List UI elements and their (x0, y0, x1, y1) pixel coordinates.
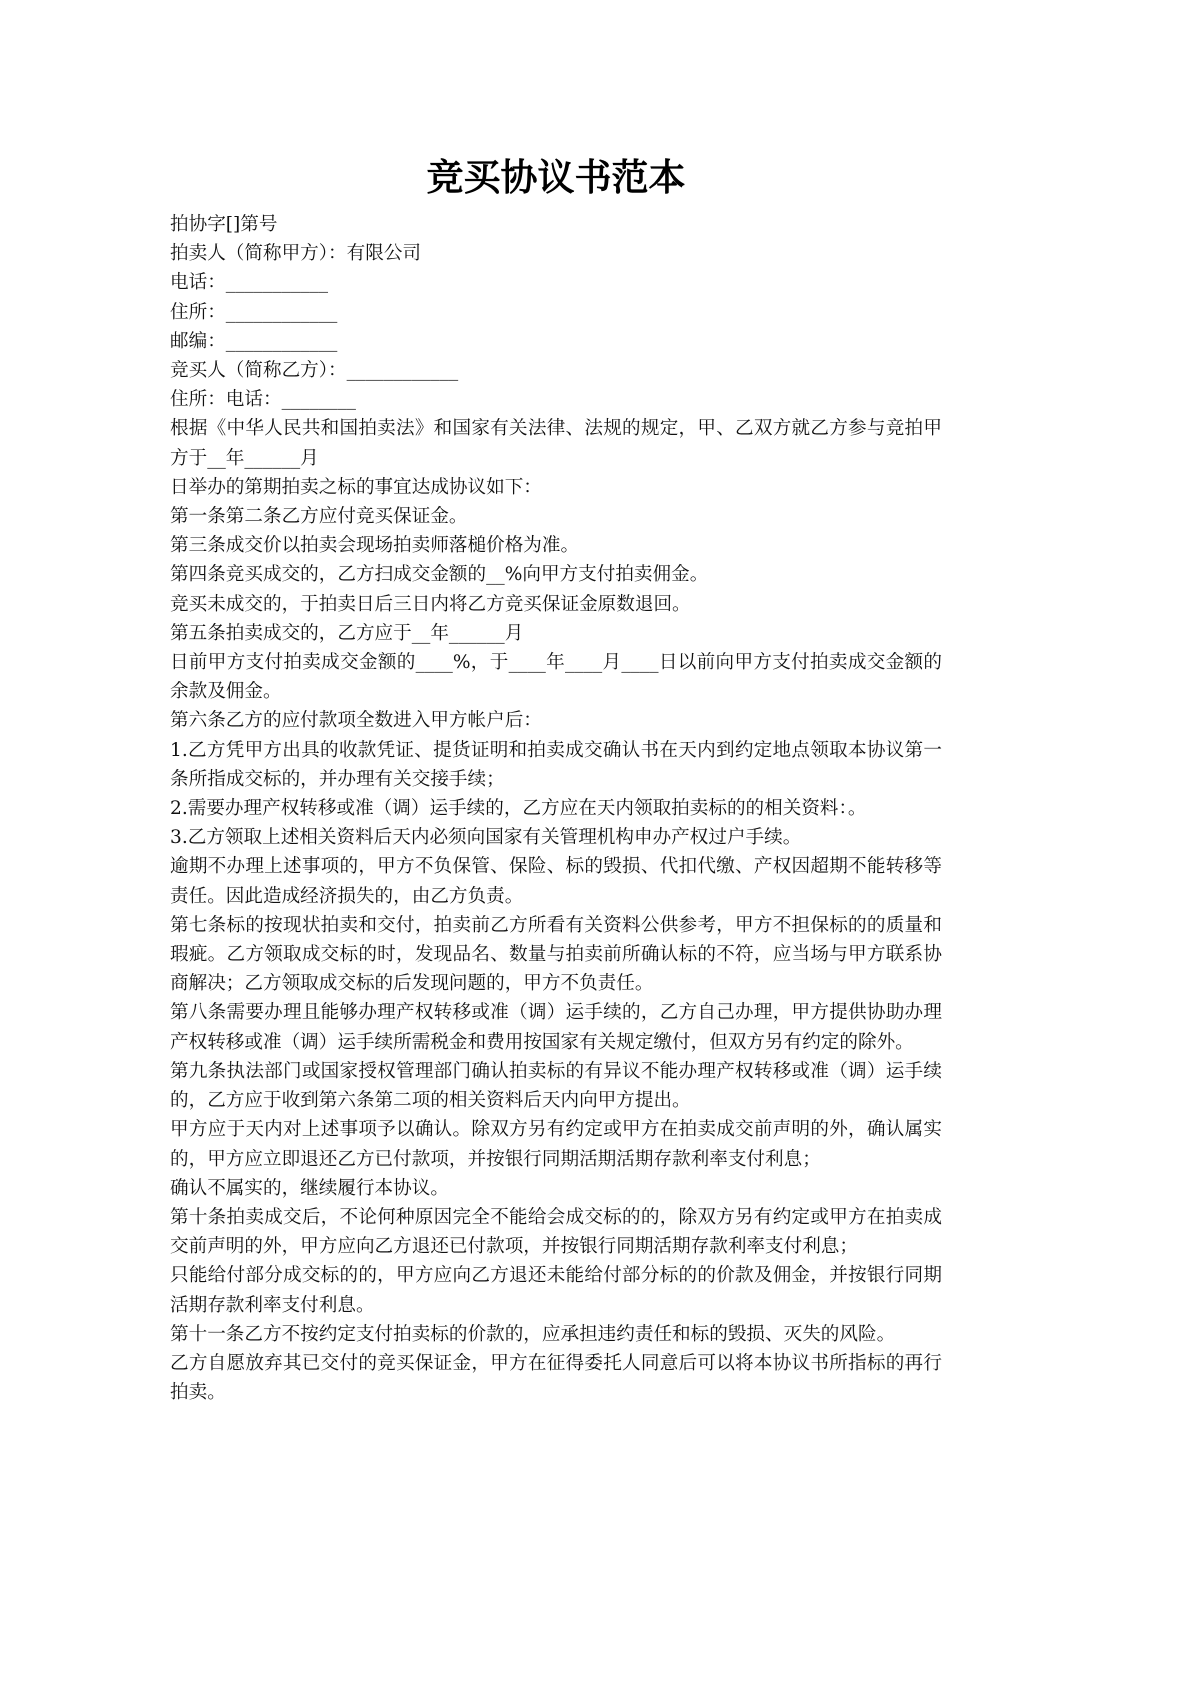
paragraph-article-3: 第三条成交价以拍卖会现场拍卖师落槌价格为准。 (170, 531, 942, 560)
paragraph-article-6: 第六条乙方的应付款项全数进入甲方帐户后： (170, 706, 942, 735)
paragraph-article-9-confirm: 甲方应于天内对上述事项予以确认。除双方另有约定或甲方在拍卖成交前声明的外，确认属… (170, 1115, 942, 1173)
contract-number: 拍协字[]第号 (170, 210, 942, 239)
paragraph-article-1-2: 第一条第二条乙方应付竞买保证金。 (170, 502, 942, 531)
auctioneer-line: 拍卖人（简称甲方）：有限公司 (170, 239, 942, 268)
paragraph-article-11: 第十一条乙方不按约定支付拍卖标的价款的，应承担违约责任和标的毁损、灭失的风险。 (170, 1320, 942, 1349)
paragraph-article-10-partial: 只能给付部分成交标的的，甲方应向乙方退还未能给付部分标的的价款及佣金，并按银行同… (170, 1261, 942, 1319)
document-title: 竞买协议书范本 (170, 150, 942, 206)
paragraph-article-8: 第八条需要办理且能够办理产权转移或准（调）运手续的，乙方自己办理，甲方提供协助办… (170, 998, 942, 1056)
paragraph-article-4: 第四条竞买成交的，乙方扫成交金额的__%向甲方支付拍卖佣金。 (170, 560, 942, 589)
header-block: 拍协字[]第号 拍卖人（简称甲方）：有限公司 电话：___________ 住所… (170, 210, 942, 414)
paragraph-article-6-overdue: 逾期不办理上述事项的，甲方不负保管、保险、标的毁损、代扣代缴、产权因超期不能转移… (170, 852, 942, 910)
bidder-line: 竞买人（简称乙方）：____________ (170, 356, 942, 385)
auctioneer-postcode: 邮编：____________ (170, 327, 942, 356)
document-page: 竞买协议书范本 拍协字[]第号 拍卖人（简称甲方）：有限公司 电话：______… (170, 150, 942, 1407)
bidder-address-phone: 住所：电话：________ (170, 385, 942, 414)
paragraph-article-11-cont: 乙方自愿放弃其已交付的竞买保证金，甲方在征得委托人同意后可以将本协议书所指标的再… (170, 1349, 942, 1407)
paragraph-article-6-item-2: 2.需要办理产权转移或准（调）运手续的，乙方应在天内领取拍卖标的的相关资料：。 (170, 794, 942, 823)
paragraph-article-10: 第十条拍卖成交后，不论何种原因完全不能给会成交标的的，除双方另有约定或甲方在拍卖… (170, 1203, 942, 1261)
auctioneer-phone: 电话：___________ (170, 268, 942, 297)
paragraph-article-6-item-1: 1.乙方凭甲方出具的收款凭证、提货证明和拍卖成交确认书在天内到约定地点领取本协议… (170, 736, 942, 794)
paragraph-preamble-cont: 日举办的第期拍卖之标的事宜达成协议如下： (170, 473, 942, 502)
auctioneer-address: 住所：____________ (170, 298, 942, 327)
paragraph-article-6-item-3: 3.乙方领取上述相关资料后天内必须向国家有关管理机构申办产权过户手续。 (170, 823, 942, 852)
body-block: 根据《中华人民共和国拍卖法》和国家有关法律、法规的规定，甲、乙双方就乙方参与竞拍… (170, 414, 942, 1407)
paragraph-article-9: 第九条执法部门或国家授权管理部门确认拍卖标的有异议不能办理产权转移或准（调）运手… (170, 1057, 942, 1115)
paragraph-article-4-refund: 竞买未成交的，于拍卖日后三日内将乙方竞买保证金原数退回。 (170, 590, 942, 619)
paragraph-article-5-cont: 日前甲方支付拍卖成交金额的____%，于____年____月____日以前向甲方… (170, 648, 942, 706)
paragraph-article-9-not-confirmed: 确认不属实的，继续履行本协议。 (170, 1174, 942, 1203)
paragraph-article-5: 第五条拍卖成交的，乙方应于__年______月 (170, 619, 942, 648)
paragraph-article-7: 第七条标的按现状拍卖和交付，拍卖前乙方所看有关资料公供参考，甲方不担保标的的质量… (170, 911, 942, 999)
paragraph-preamble: 根据《中华人民共和国拍卖法》和国家有关法律、法规的规定，甲、乙双方就乙方参与竞拍… (170, 414, 942, 472)
